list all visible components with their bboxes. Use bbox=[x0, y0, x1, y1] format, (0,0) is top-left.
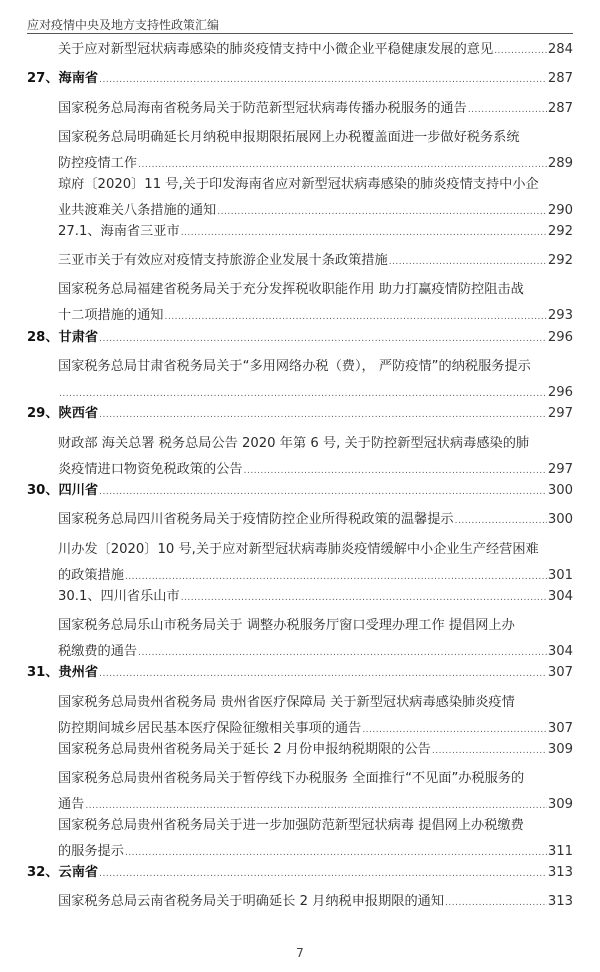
toc-page-number: 287 bbox=[548, 66, 573, 92]
toc-entry-title: 32、云南省 bbox=[27, 860, 98, 886]
toc-entry[interactable]: 关于应对新型冠状病毒感染的肺炎疫情支持中小微企业平稳健康发展的意见284 bbox=[58, 37, 573, 64]
toc-entry-title: 国家税务总局福建省税务局关于充分发挥税收职能作用 助力打赢疫情防控阻击战 bbox=[58, 277, 524, 303]
toc-section-heading[interactable]: 31、贵州省307 bbox=[27, 660, 573, 687]
dot-leader bbox=[99, 402, 547, 428]
toc-page-number: 300 bbox=[548, 507, 573, 533]
toc-entry-title: 国家税务总局贵州省税务局关于暂停线下办税服务 全面推行“不见面”办税服务的 bbox=[58, 766, 524, 792]
toc-entry-title: 国家税务总局明确延长月纳税申报期限拓展网上办税覆盖面进一步做好税务系统 bbox=[58, 125, 520, 151]
dot-leader bbox=[181, 220, 547, 246]
toc-entry[interactable]: 国家税务总局贵州省税务局 贵州省医疗保障局 关于新型冠状病毒感染肺炎疫情防控期间… bbox=[58, 690, 573, 743]
dot-leader bbox=[389, 249, 547, 275]
toc-entry[interactable]: 国家税务总局四川省税务局关于疫情防控企业所得税政策的温馨提示300 bbox=[58, 507, 573, 534]
dot-leader bbox=[99, 479, 547, 505]
dot-leader bbox=[99, 326, 547, 352]
toc-entry-title: 27.1、海南省三亚市 bbox=[58, 219, 180, 245]
dot-leader bbox=[181, 585, 547, 611]
toc-section-heading[interactable]: 29、陕西省297 bbox=[27, 401, 573, 428]
toc-entry-title: 三亚市关于有效应对疫情支持旅游企业发展十条政策措施 bbox=[58, 248, 388, 274]
toc-entry-title: 27、海南省 bbox=[27, 66, 98, 92]
toc-entry[interactable]: 国家税务总局贵州省税务局关于进一步加强防范新型冠状病毒 提倡网上办税缴费的服务提… bbox=[58, 813, 573, 866]
toc-entry[interactable]: 财政部 海关总署 税务总局公告 2020 年第 6 号, 关于防控新型冠状病毒感… bbox=[58, 431, 573, 484]
toc-page-number: 304 bbox=[548, 584, 573, 610]
toc-entry[interactable]: 27.1、海南省三亚市292 bbox=[58, 219, 573, 246]
toc-page-number: 313 bbox=[548, 889, 573, 915]
toc-page-number: 287 bbox=[548, 96, 573, 122]
dot-leader bbox=[455, 508, 547, 534]
toc-page-number: 313 bbox=[548, 860, 573, 886]
toc-entry[interactable]: 国家税务总局乐山市税务局关于 调整办税服务厅窗口受理办理工作 提倡网上办税缴费的… bbox=[58, 613, 573, 666]
toc-page-number: 284 bbox=[548, 37, 573, 63]
dot-leader bbox=[468, 97, 547, 123]
toc-entry-title: 国家税务总局乐山市税务局关于 调整办税服务厅窗口受理办理工作 提倡网上办 bbox=[58, 613, 515, 639]
toc-entry[interactable]: 三亚市关于有效应对疫情支持旅游企业发展十条政策措施292 bbox=[58, 248, 573, 275]
toc-entry-title: 国家税务总局贵州省税务局 贵州省医疗保障局 关于新型冠状病毒感染肺炎疫情 bbox=[58, 690, 515, 716]
dot-leader bbox=[99, 67, 547, 93]
toc-entry-title: 30、四川省 bbox=[27, 478, 98, 504]
toc-page-number: 307 bbox=[548, 660, 573, 686]
toc-entry-title: 31、贵州省 bbox=[27, 660, 98, 686]
toc-entry-title: 28、甘肃省 bbox=[27, 325, 98, 351]
toc-section-heading[interactable]: 30、四川省300 bbox=[27, 478, 573, 505]
toc-entry[interactable]: 国家税务总局云南省税务局关于明确延长 2 月纳税申报期限的通知313 bbox=[58, 889, 573, 916]
toc-section-heading[interactable]: 32、云南省313 bbox=[27, 860, 573, 887]
toc-entry-title: 关于应对新型冠状病毒感染的肺炎疫情支持中小微企业平稳健康发展的意见 bbox=[58, 37, 493, 63]
toc-entry[interactable]: 琼府〔2020〕11 号,关于印发海南省应对新型冠状病毒感染的肺炎疫情支持中小企… bbox=[58, 172, 573, 225]
document-title: 应对疫情中央及地方支持性政策汇编 bbox=[27, 16, 219, 33]
toc-entry[interactable]: 国家税务总局甘肃省税务局关于“多用网络办税（费）， 严防疫情”的纳税服务提示29… bbox=[58, 354, 573, 407]
toc-entry-title: 30.1、四川省乐山市 bbox=[58, 584, 180, 610]
dot-leader bbox=[432, 738, 547, 764]
toc-entry[interactable]: 国家税务总局贵州省税务局关于延长 2 月份申报纳税期限的公告309 bbox=[58, 737, 573, 764]
toc-entry[interactable]: 国家税务总局福建省税务局关于充分发挥税收职能作用 助力打赢疫情防控阻击战十二项措… bbox=[58, 277, 573, 330]
toc-entry-title: 国家税务总局甘肃省税务局关于“多用网络办税（费）， 严防疫情”的纳税服务提示 bbox=[58, 354, 531, 380]
toc-section-heading[interactable]: 27、海南省287 bbox=[27, 66, 573, 93]
toc-section-heading[interactable]: 28、甘肃省296 bbox=[27, 325, 573, 352]
toc-entry-title: 国家税务总局贵州省税务局关于进一步加强防范新型冠状病毒 提倡网上办税缴费 bbox=[58, 813, 524, 839]
toc-entry-title: 国家税务总局海南省税务局关于防范新型冠状病毒传播办税服务的通告 bbox=[58, 96, 467, 122]
toc-page-number: 309 bbox=[548, 737, 573, 763]
toc-page-number: 292 bbox=[548, 219, 573, 245]
toc-entry-title: 29、陕西省 bbox=[27, 401, 98, 427]
toc-entry[interactable]: 国家税务总局明确延长月纳税申报期限拓展网上办税覆盖面进一步做好税务系统防控疫情工… bbox=[58, 125, 573, 178]
toc-entry-title: 琼府〔2020〕11 号,关于印发海南省应对新型冠状病毒感染的肺炎疫情支持中小企 bbox=[58, 172, 539, 198]
toc-entry[interactable]: 川办发〔2020〕10 号,关于应对新型冠状病毒肺炎疫情缓解中小企业生产经营困难… bbox=[58, 537, 573, 590]
running-header: 应对疫情中央及地方支持性政策汇编 bbox=[27, 12, 573, 34]
toc-page-number: 297 bbox=[548, 401, 573, 427]
toc-page-number: 300 bbox=[548, 478, 573, 504]
toc-entry[interactable]: 国家税务总局贵州省税务局关于暂停线下办税服务 全面推行“不见面”办税服务的通告3… bbox=[58, 766, 573, 819]
toc-page-number: 296 bbox=[548, 325, 573, 351]
toc-entry[interactable]: 国家税务总局海南省税务局关于防范新型冠状病毒传播办税服务的通告287 bbox=[58, 96, 573, 123]
toc-entry[interactable]: 30.1、四川省乐山市304 bbox=[58, 584, 573, 611]
dot-leader bbox=[494, 38, 547, 64]
toc-page-number: 292 bbox=[548, 248, 573, 274]
toc-entry-title: 国家税务总局云南省税务局关于明确延长 2 月纳税申报期限的通知 bbox=[58, 889, 444, 915]
dot-leader bbox=[445, 890, 547, 916]
page-number: 7 bbox=[0, 946, 600, 960]
toc-entry-title: 川办发〔2020〕10 号,关于应对新型冠状病毒肺炎疫情缓解中小企业生产经营困难 bbox=[58, 537, 539, 563]
dot-leader bbox=[99, 661, 547, 687]
toc-entry-title: 财政部 海关总署 税务总局公告 2020 年第 6 号, 关于防控新型冠状病毒感… bbox=[58, 431, 529, 457]
dot-leader bbox=[99, 861, 547, 887]
toc-entry-title: 国家税务总局四川省税务局关于疫情防控企业所得税政策的温馨提示 bbox=[58, 507, 454, 533]
toc-entry-title: 国家税务总局贵州省税务局关于延长 2 月份申报纳税期限的公告 bbox=[58, 737, 431, 763]
